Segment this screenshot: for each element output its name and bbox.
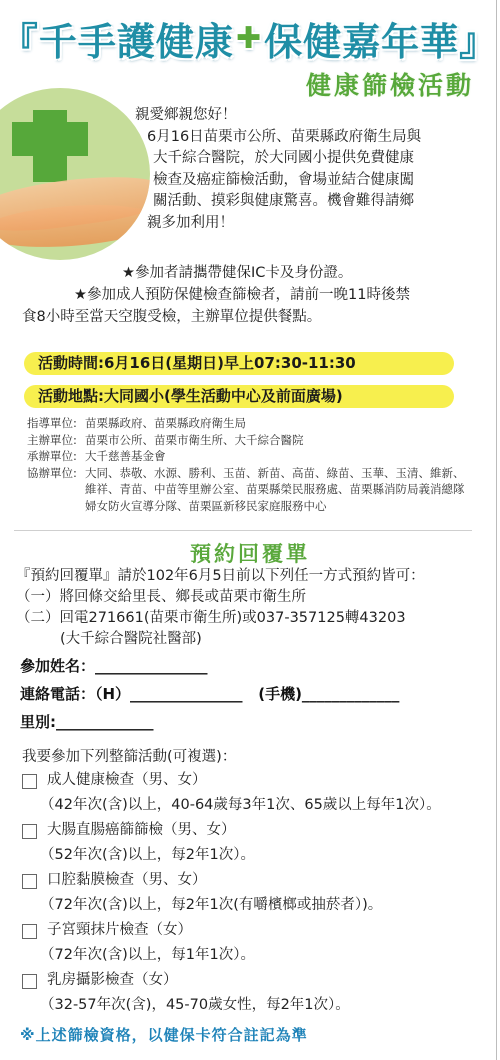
activity-note: （42年次(含)以上，40-64歲每3年1次、65歲以上每年1次）。 <box>40 793 492 818</box>
activity-option[interactable]: 成人健康檢查（男、女） <box>22 768 492 793</box>
unit-label: 指導單位: <box>27 415 85 432</box>
unit-label: 主辦單位: <box>27 432 85 449</box>
activities-list: 成人健康檢查（男、女） （42年次(含)以上，40-64歲每3年1次、65歲以上… <box>22 768 492 1018</box>
event-time: 活動時間:6月16日(星期日)早上07:30-11:30 <box>24 352 454 375</box>
event-place: 活動地點:大同國小(學生活動中心及前面廣場) <box>24 385 454 408</box>
unit-label: 承辦單位: <box>27 448 85 465</box>
activity-label: 乳房攝影檢查（女） <box>47 968 178 993</box>
checkbox[interactable] <box>22 924 37 939</box>
unit-row: 協辦單位: 大同、恭敬、水源、勝利、玉苗、新苗、高苗、綠苗、玉華、玉清、維新、維… <box>27 465 467 515</box>
page-subtitle: 健康篩檢活動 <box>306 66 474 102</box>
activity-label: 成人健康檢查（男、女） <box>47 768 207 793</box>
section-divider <box>14 530 472 531</box>
checkbox[interactable] <box>22 824 37 839</box>
activity-note: （72年次(含)以上，每2年1次(有嚼檳榔或抽菸者）)。 <box>40 893 492 918</box>
intro-line: 檢查及癌症篩檢活動，會場並結合健康闖 <box>153 170 495 192</box>
intro-line: 大千綜合醫院，於大同國小提供免費健康 <box>153 148 495 170</box>
cross-horizontal <box>12 122 88 156</box>
activity-note: （32-57年次(含)，45-70歲女性，每2年1次）。 <box>40 993 492 1018</box>
notes: ★參加者請攜帶健保IC卡及身份證。 ★參加成人預防保健檢查篩檢者，請前一晚11時… <box>22 262 482 328</box>
activity-note: （52年次(含)以上，每2年1次）。 <box>40 843 492 868</box>
eligibility-footnote: ※上述篩檢資格，以健保卡符合註記為準 <box>20 1024 308 1045</box>
activity-label: 口腔黏膜檢查（男、女） <box>47 868 207 893</box>
unit-value: 大千慈善基金會 <box>85 448 467 465</box>
reply-line: 『預約回覆單』請於102年6月5日前以下列任一方式預約皆可： <box>16 566 496 587</box>
checkbox[interactable] <box>22 974 37 989</box>
unit-row: 指導單位: 苗栗縣政府、苗栗縣政府衛生局 <box>27 415 467 432</box>
organizer-units: 指導單位: 苗栗縣政府、苗栗縣政府衛生局 主辦單位: 苗栗市公所、苗栗市衛生所、… <box>27 415 467 514</box>
greeting: 親愛鄉親您好！ <box>135 105 495 127</box>
reply-line: （二）回電271661(苗栗市衛生所)或037-357125轉43203 <box>16 608 496 629</box>
note-fasting-cont: 食8小時至當天空腹受檢，主辦單位提供餐點。 <box>22 306 482 328</box>
checkbox[interactable] <box>22 874 37 889</box>
intro-line: 6月16日苗栗市公所、苗栗縣政府衛生局與 <box>147 127 495 149</box>
plus-icon: ✚ <box>236 21 262 56</box>
activity-option[interactable]: 大腸直腸癌篩篩檢（男、女） <box>22 818 492 843</box>
unit-label: 協辦單位: <box>27 465 85 515</box>
page-title: 『 千手護健康 ✚ 保健嘉年華 』 <box>14 12 484 64</box>
reply-form-title: 預約回覆單 <box>0 538 500 568</box>
intro-text: 親愛鄉親您好！ 6月16日苗栗市公所、苗栗縣政府衛生局與 大千綜合醫院，於大同國… <box>135 105 495 234</box>
activity-label: 子宮頸抹片檢查（女） <box>47 918 192 943</box>
unit-value: 大同、恭敬、水源、勝利、玉苗、新苗、高苗、綠苗、玉華、玉清、維新、維祥、青苗、中… <box>85 465 467 515</box>
unit-value: 苗栗市公所、苗栗市衛生所、大千綜合醫院 <box>85 432 467 449</box>
green-cross-hands-icon <box>0 88 150 260</box>
intro-line: 關活動、摸彩與健康驚喜。機會難得請鄉 <box>153 191 495 213</box>
note-id-card: ★參加者請攜帶健保IC卡及身份證。 <box>122 262 482 284</box>
activity-option[interactable]: 口腔黏膜檢查（男、女） <box>22 868 492 893</box>
reply-line: (大千綜合醫院社醫部) <box>60 629 496 650</box>
title-bracket-close: 』 <box>459 11 498 66</box>
reply-line: （一）將回條交給里長、鄉長或苗栗市衛生所 <box>16 587 496 608</box>
activities-heading: 我要參加下列整篩活動(可複選)： <box>22 745 236 766</box>
title-bracket-open: 『 <box>0 11 39 66</box>
page-border <box>496 0 497 1060</box>
activity-option[interactable]: 乳房攝影檢查（女） <box>22 968 492 993</box>
title-part1: 千手護健康 <box>39 11 234 66</box>
note-fasting: ★參加成人預防保健檢查篩檢者，請前一晚11時後禁 <box>74 284 482 306</box>
contact-phone-field[interactable]: 連絡電話：（H）_______________ (手機)____________… <box>20 683 399 704</box>
activity-label: 大腸直腸癌篩篩檢（男、女） <box>47 818 236 843</box>
intro-line: 親多加利用！ <box>147 213 495 235</box>
title-part2: 保健嘉年華 <box>264 11 459 66</box>
unit-value: 苗栗縣政府、苗栗縣政府衛生局 <box>85 415 467 432</box>
checkbox[interactable] <box>22 774 37 789</box>
reply-instructions: 『預約回覆單』請於102年6月5日前以下列任一方式預約皆可： （一）將回條交給里… <box>16 566 496 650</box>
activity-note: （72年次(含)以上，每1年1次）。 <box>40 943 492 968</box>
unit-row: 承辦單位: 大千慈善基金會 <box>27 448 467 465</box>
activity-option[interactable]: 子宮頸抹片檢查（女） <box>22 918 492 943</box>
village-field[interactable]: 里別:_____________ <box>20 711 154 732</box>
unit-row: 主辦單位: 苗栗市公所、苗栗市衛生所、大千綜合醫院 <box>27 432 467 449</box>
participant-name-field[interactable]: 參加姓名：_______________ <box>20 655 208 676</box>
